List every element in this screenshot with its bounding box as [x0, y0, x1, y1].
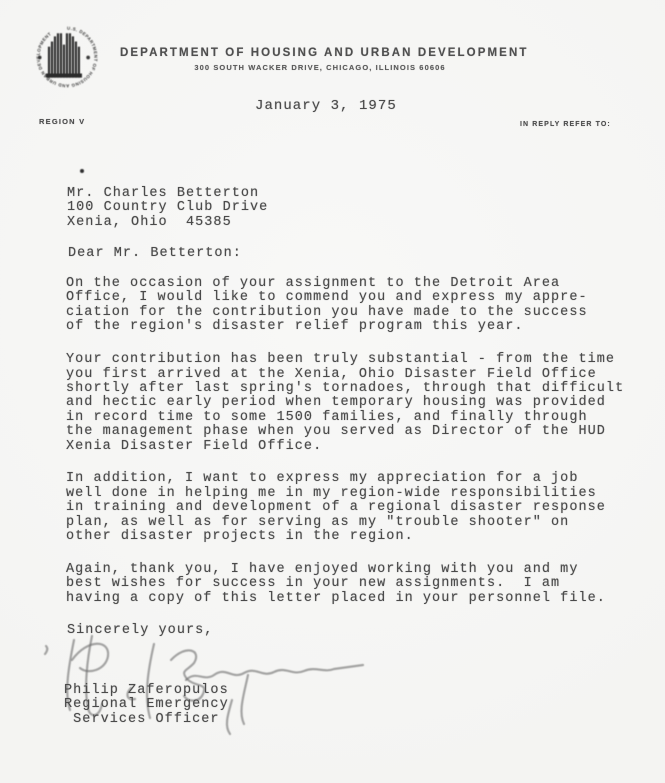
seal-building-glyph: [46, 33, 82, 77]
paragraph-4: Again, thank you, I have enjoyed working…: [66, 563, 651, 606]
seal-star-right: [86, 56, 90, 60]
letter-body: On the occasion of your assignment to th…: [66, 277, 651, 625]
reply-reference-label: IN REPLY REFER TO:: [520, 121, 611, 128]
hud-seal-icon: U.S. DEPARTMENT OF HOUSING AND URBAN DEV…: [34, 24, 100, 90]
letterhead: DEPARTMENT OF HOUSING AND URBAN DEVELOPM…: [120, 47, 520, 72]
salutation: Dear Mr. Betterton:: [68, 247, 242, 261]
signer-block: Philip Zaferopulos Regional Emergency Se…: [64, 684, 229, 727]
agency-address: 300 SOUTH WACKER DRIVE, CHICAGO, ILLINOI…: [120, 63, 520, 72]
agency-name: DEPARTMENT OF HOUSING AND URBAN DEVELOPM…: [120, 47, 520, 59]
letter-date: January 3, 1975: [255, 99, 397, 113]
paragraph-2: Your contribution has been truly substan…: [66, 353, 651, 454]
paragraph-1: On the occasion of your assignment to th…: [66, 277, 651, 335]
stray-mark: [80, 169, 84, 173]
region-label: REGION V: [39, 117, 85, 126]
paragraph-3: In addition, I want to express my apprec…: [66, 472, 651, 544]
recipient-address: Mr. Charles Betterton 100 Country Club D…: [67, 187, 268, 230]
scanned-letter-page: U.S. DEPARTMENT OF HOUSING AND URBAN DEV…: [0, 0, 665, 783]
seal-star-left: [38, 56, 42, 60]
